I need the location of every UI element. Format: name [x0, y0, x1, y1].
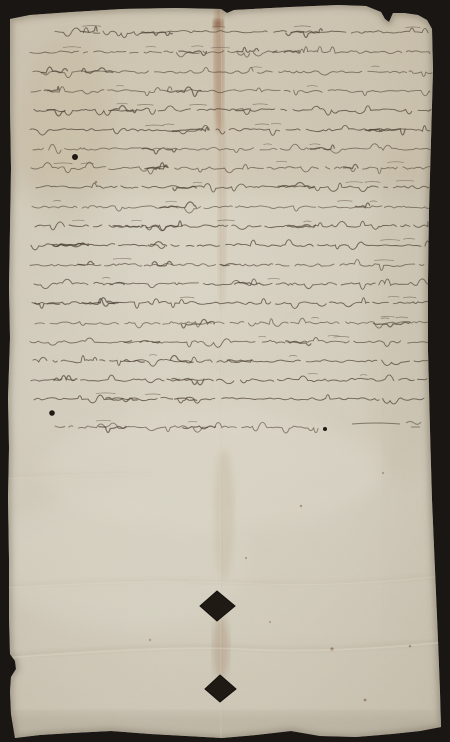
stain: [269, 621, 271, 623]
stain: [382, 472, 384, 474]
worm-hole-3: [323, 427, 327, 431]
stain: [300, 505, 302, 507]
photograph-stage: [0, 0, 450, 742]
worm-hole-1: [72, 154, 78, 160]
stain: [149, 639, 151, 641]
stain: [245, 557, 247, 559]
manuscript-photo: [0, 0, 450, 742]
worm-hole-2: [49, 410, 55, 416]
stain: [364, 699, 367, 702]
